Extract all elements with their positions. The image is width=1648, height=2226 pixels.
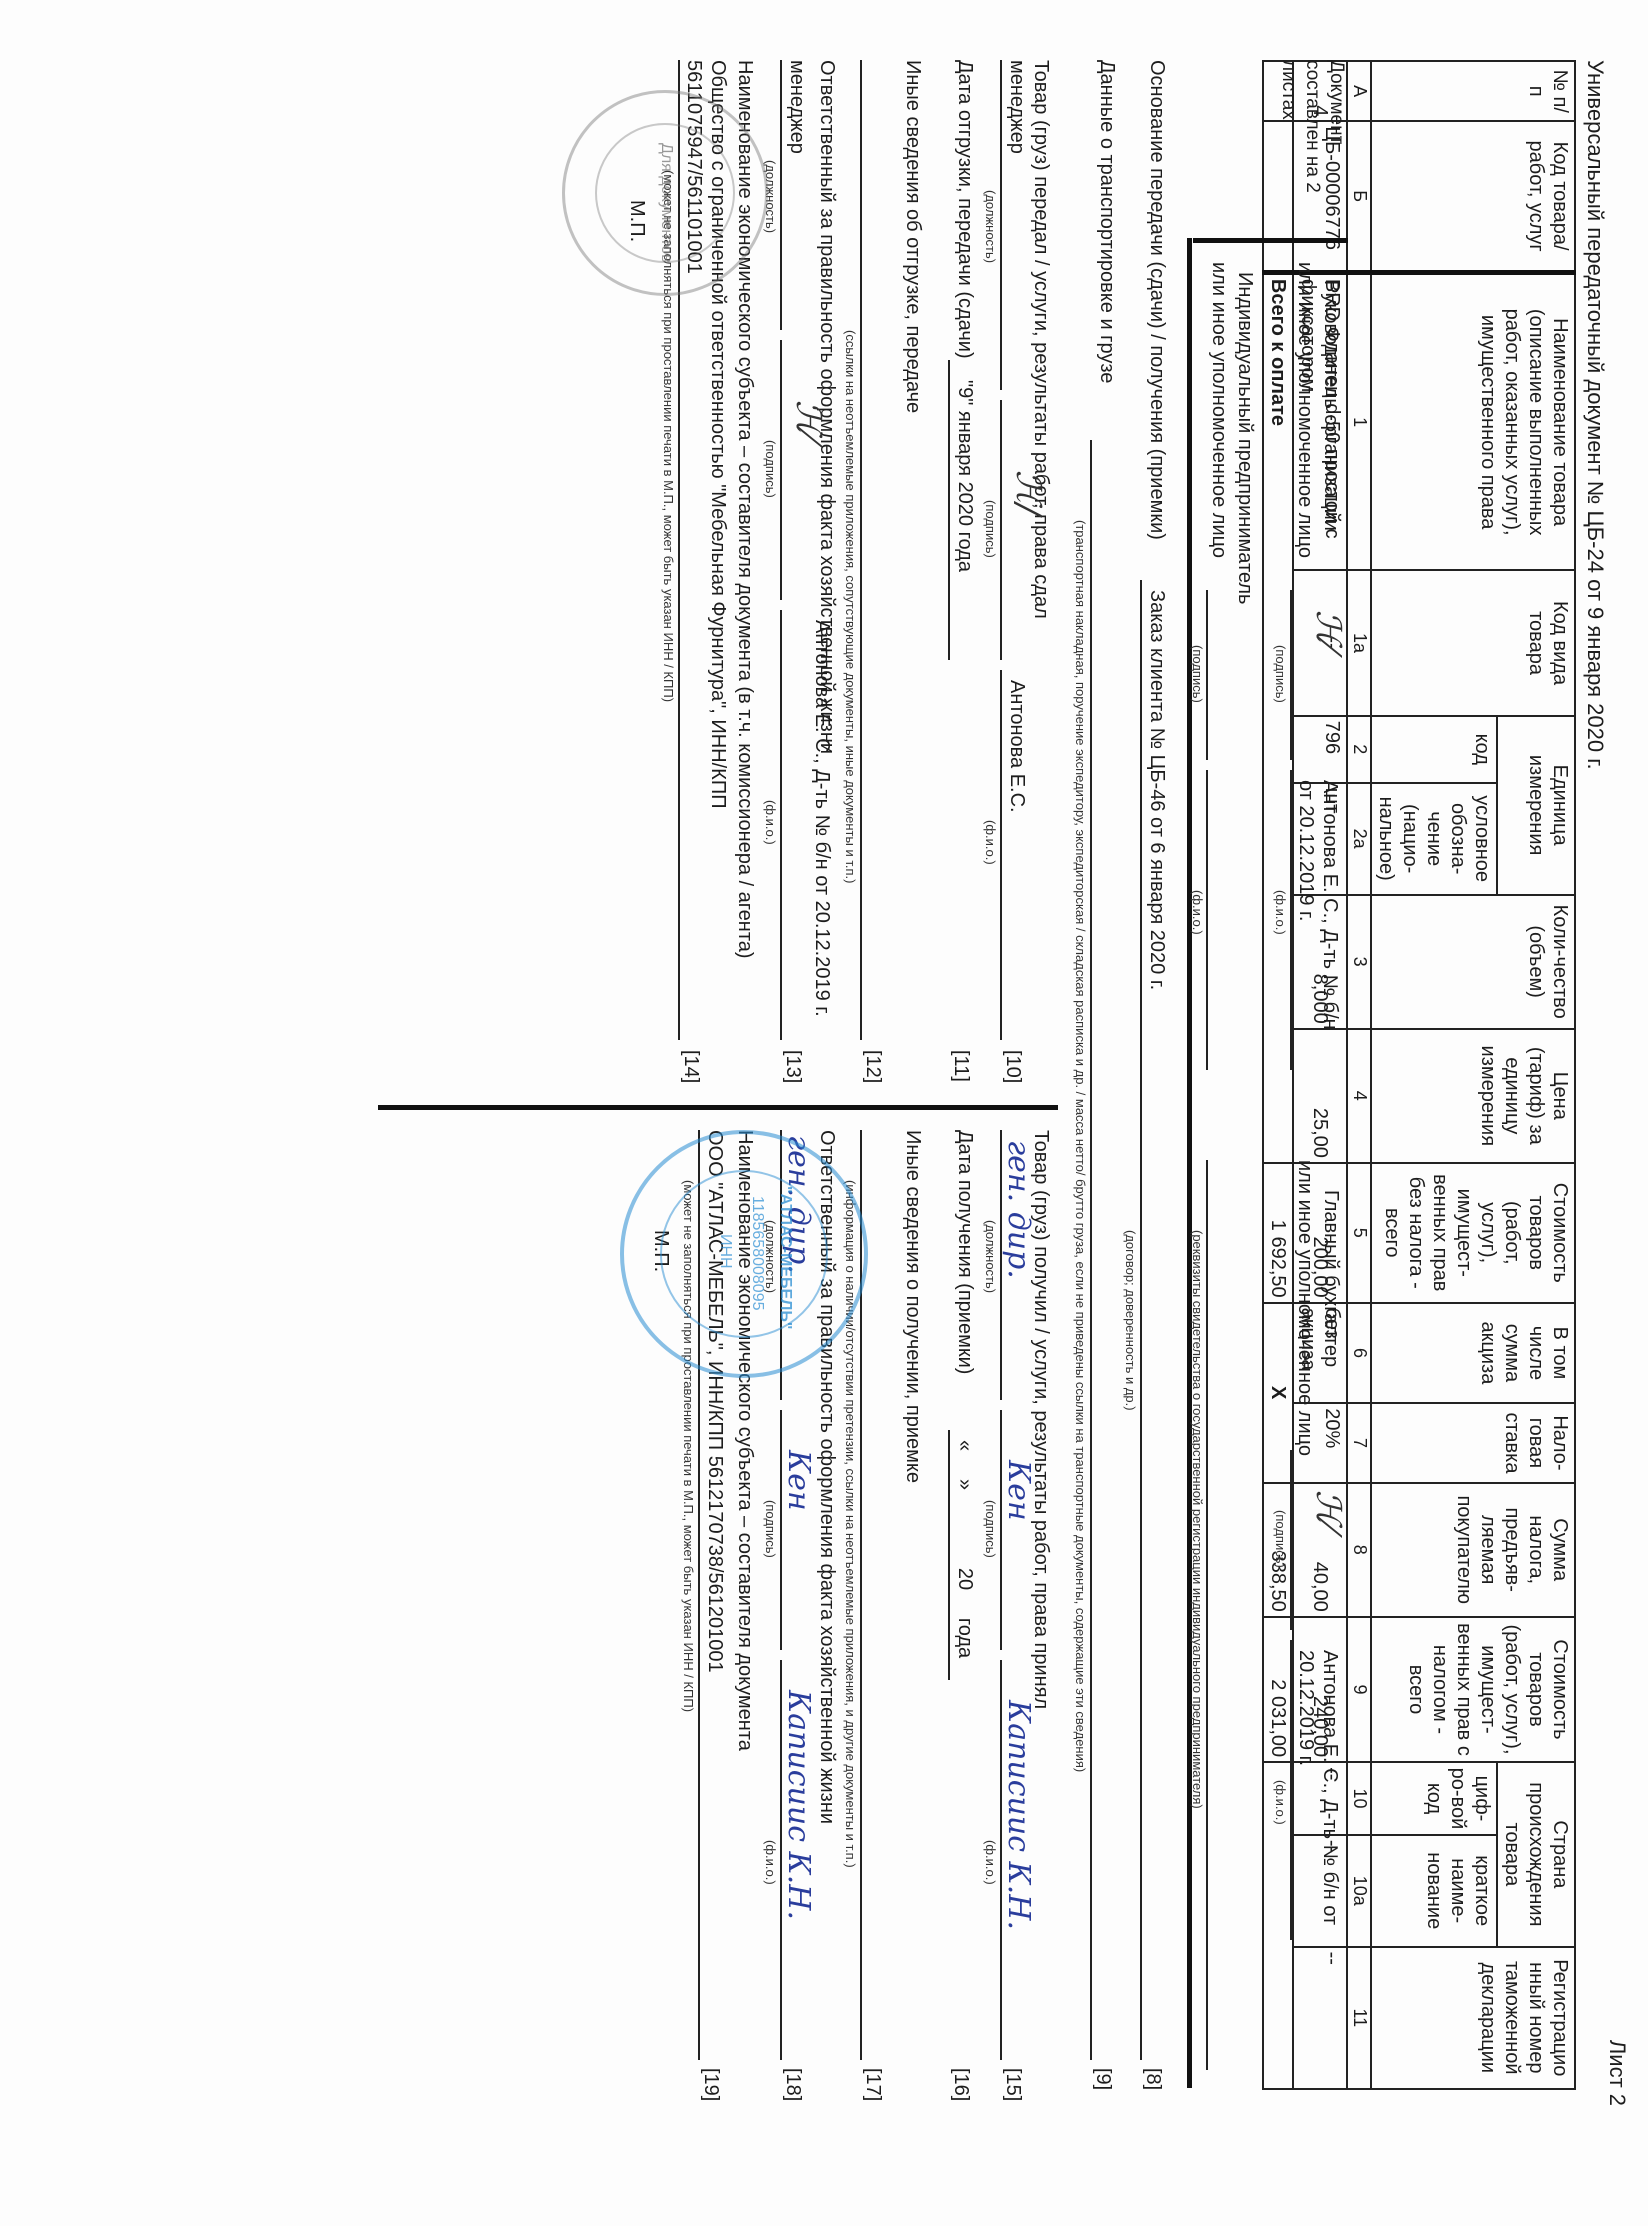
ship-date-value: "9" января 2020 года	[953, 380, 976, 572]
buyer-received-name: Каписиис К.Н.	[1001, 1700, 1036, 1930]
seller-handed-label: Товар (груз) передал / услуги, результат…	[1029, 60, 1052, 619]
basis-caption: (договор; доверенность и др.)	[1123, 1230, 1138, 1411]
accountant-label-2: или иное уполномоченное лицо	[1293, 1160, 1316, 1456]
accountant-fio-line	[1290, 1640, 1292, 1940]
head-signature-line	[1290, 590, 1292, 760]
buyer-position-line	[1000, 1130, 1002, 1400]
total-label: Всего к оплате	[1263, 272, 1293, 1163]
seller-signature-caption: (подпись)	[983, 500, 998, 558]
index-cell: 3	[1347, 895, 1371, 1029]
receive-date-line	[948, 1430, 950, 1680]
index-cell: 2	[1347, 716, 1371, 783]
ship-date-ref: [11]	[949, 1050, 972, 1082]
buyer-stamp-ogrn: 1185658008095	[748, 1196, 766, 1311]
buyer-signature-caption: (подпись)	[983, 1500, 998, 1558]
seller-resp-signature-line	[780, 340, 782, 600]
seller-responsible-name: Антонова Е. С., Д-ть № б/н от 20.12.2019…	[810, 620, 834, 1030]
frame-divider	[1193, 238, 1348, 243]
ship-date-line	[948, 360, 950, 660]
seller-resp-position-line	[780, 60, 782, 330]
header-col-1: Наименование товара (описание выполненны…	[1371, 272, 1575, 570]
header-col-4: Цена (тариф) за единицу измерения	[1371, 1029, 1575, 1163]
head-fio-caption: (ф.и.о.)	[1273, 890, 1288, 935]
buyer-fio-caption: (ф.и.о.)	[983, 1840, 998, 1885]
buyer-received-ref: [15]	[1001, 2068, 1024, 2101]
index-cell: 5	[1347, 1163, 1371, 1303]
buyer-other-label: Иные сведения о получении, приемке	[901, 1130, 924, 1483]
receive-date-label: Дата получения (приемки)	[953, 1130, 976, 1374]
header-col-9: Стоимость товаров (работ, услуг), имущес…	[1371, 1617, 1575, 1762]
total-amount-no-tax: 1 692,50	[1263, 1163, 1293, 1303]
seller-signature-line	[1000, 400, 1002, 660]
index-cell: 10а	[1347, 1835, 1371, 1947]
basis-value: Заказ клиента № ЦБ-46 от 6 января 2020 г…	[1145, 590, 1168, 990]
buyer-resp-fio-caption: (ф.и.о.)	[763, 1840, 778, 1885]
total-excise: X	[1263, 1303, 1293, 1483]
accountant-name: Антонова Е. С., Д-ть № б/н от 20.12.2019…	[1294, 1650, 1342, 1940]
index-cell: 4	[1347, 1029, 1371, 1163]
index-cell: Б	[1347, 121, 1371, 272]
head-fio-line	[1290, 770, 1292, 1070]
seller-other-label: Иные сведения об отгрузке, передаче	[901, 60, 924, 413]
seller-entity-ref: [14]	[679, 1050, 702, 1083]
seller-fio-line	[1000, 670, 1002, 1040]
stamp-inner-ring	[660, 1170, 828, 1338]
transport-label: Данные о транспортировке и грузе	[1095, 60, 1118, 383]
buyer-responsible-ref: [18]	[781, 2068, 804, 2101]
buyer-stamp-name: "АТЛАС-МЕБЕЛЬ"	[776, 1186, 794, 1329]
seller-other-ref: [12]	[861, 1050, 884, 1083]
header-col-10: циф-ро-вой код	[1371, 1762, 1497, 1835]
seller-handed-position: менеджер	[1005, 60, 1028, 154]
ship-date-label: Дата отгрузки, передачи (сдачи)	[953, 60, 976, 359]
header-col-1a: Код вида товара	[1371, 570, 1575, 715]
buyer-position-caption: (должность)	[983, 1220, 998, 1293]
header-col-8: Сумма налога, предъяв-ляемая покупателю	[1371, 1483, 1575, 1617]
basis-label: Основание передачи (сдачи) / получения (…	[1145, 60, 1168, 540]
index-cell: 7	[1347, 1403, 1371, 1482]
header-col-6: В том числе сумма акциза	[1371, 1303, 1575, 1404]
total-amount-with-tax: 2 031,00	[1263, 1617, 1293, 1762]
head-label-2: или иное уполномоченное лицо	[1293, 262, 1316, 558]
ip-signature-line	[1206, 590, 1208, 760]
transport-line	[1090, 440, 1092, 2060]
ip-requisites-caption: (реквизиты свидетельства о государственн…	[1190, 1230, 1205, 1809]
basis-ref: [8]	[1141, 2068, 1164, 2090]
seller-handed-ref: [10]	[1001, 1050, 1024, 1083]
buyer-responsible-signature: Кен	[781, 1450, 816, 1511]
seller-other-caption: (ссылки на неотъемлемые приложения, сопу…	[843, 330, 858, 883]
seller-stamp: Для документов	[562, 90, 768, 296]
header-col-2: код	[1371, 716, 1497, 783]
accountant-label: Главный бухгалтер	[1319, 1190, 1342, 1367]
buyer-received-position: ген. дир.	[1001, 1140, 1036, 1279]
pages-note: Документ составлен на 2 листах	[1277, 60, 1348, 210]
basis-line	[1140, 580, 1142, 2060]
buyer-stamp-inn: ИНН	[716, 1234, 734, 1269]
accountant-signature-caption: (подпись)	[1273, 1510, 1288, 1568]
seller-handed-name: Антонова Е.С.	[1005, 680, 1028, 813]
header-country-group: Страна происхождения товара	[1497, 1762, 1575, 1946]
seller-position-line	[1000, 60, 1002, 390]
head-label: Руководитель организации	[1319, 280, 1342, 531]
transport-caption: (транспортная накладная, поручение экспе…	[1073, 520, 1088, 1772]
seller-stamp-text: Для документов	[657, 143, 675, 263]
buyer-resp-fio-line	[780, 1660, 782, 2060]
header-col-10a: краткое наиме-нование	[1371, 1835, 1497, 1947]
row-unit-code: 796	[1293, 716, 1347, 783]
ip-label-2: или иное уполномоченное лицо	[1207, 262, 1230, 558]
header-col-11: Регистрацио нный номер таможенной деклар…	[1371, 1947, 1575, 2089]
seller-responsible-position: менеджер	[785, 60, 808, 154]
column-index-row: А Б 1 1а 2 2а 3 4 5 6 7 8 9 10 10а 11	[1347, 61, 1371, 2089]
header-col-a: № п/п	[1371, 61, 1575, 121]
seller-buyer-divider	[378, 1105, 1058, 1110]
index-cell: 1а	[1347, 570, 1371, 715]
index-cell: 11	[1347, 1947, 1371, 2089]
head-name: Антонова Е. С., Д-ть № б/н от 20.12.2019…	[1294, 780, 1342, 1050]
transport-ref: [9]	[1091, 2068, 1114, 2090]
ip-signature-caption: (подпись)	[1190, 645, 1205, 703]
ip-fio-line	[1206, 770, 1208, 1070]
buyer-stamp: "АТЛАС-МЕБЕЛЬ" 1185658008095 ИНН	[620, 1130, 868, 1378]
index-cell: 8	[1347, 1483, 1371, 1617]
document-title: Универсальный передаточный документ № ЦБ…	[1582, 60, 1608, 770]
index-cell: 9	[1347, 1617, 1371, 1762]
upd-sheet: Универсальный передаточный документ № ЦБ…	[0, 0, 1648, 2226]
seller-resp-fio-caption: (ф.и.о.)	[763, 800, 778, 845]
row-customs-decl: --	[1293, 1947, 1347, 2089]
receive-date-value[interactable]: « » 20 года	[953, 1440, 976, 1658]
index-cell: 2а	[1347, 783, 1371, 895]
accountant-signature-line	[1290, 1450, 1292, 1630]
buyer-received-signature: Кен	[1001, 1460, 1036, 1521]
ip-fio-caption: (ф.и.о.)	[1190, 890, 1205, 935]
ip-label: Индивидуальный предприниматель	[1233, 272, 1256, 604]
head-signature-caption: (подпись)	[1273, 645, 1288, 703]
buyer-resp-signature-line	[780, 1410, 782, 1650]
buyer-responsible-name: Каписиис К.Н.	[781, 1690, 816, 1920]
header-col-b: Код товара/ работ, услуг	[1371, 121, 1575, 272]
seller-signature: ℋ/	[1008, 470, 1048, 515]
ip-requisites-line	[1206, 1160, 1208, 2070]
frame-divider	[1187, 238, 1192, 2088]
buyer-resp-signature-caption: (подпись)	[763, 1500, 778, 1558]
buyer-other-ref: [17]	[861, 2068, 884, 2101]
seller-other-line	[860, 60, 862, 1040]
table-header-row: № п/п Код товара/ работ, услуг Наименова…	[1497, 61, 1575, 2089]
seller-position-caption: (должность)	[983, 190, 998, 263]
index-cell: 10	[1347, 1762, 1371, 1835]
accountant-fio-caption: (ф.и.о.)	[1273, 1780, 1288, 1825]
header-unit-group: Единица измерения	[1497, 716, 1575, 895]
index-cell: 6	[1347, 1303, 1371, 1404]
sheet-number: Лист 2	[1604, 2040, 1630, 2106]
header-col-7: Нало-говая ставка	[1371, 1403, 1575, 1482]
buyer-entity-ref: [19]	[699, 2068, 722, 2101]
seller-resp-fio-line	[780, 610, 782, 1040]
index-cell: 1	[1347, 272, 1371, 570]
buyer-fio-line	[1000, 1660, 1002, 2060]
index-cell: А	[1347, 61, 1371, 121]
seller-resp-signature-caption: (подпись)	[763, 440, 778, 498]
accountant-signature: ℋ⁄	[1308, 1490, 1348, 1529]
seller-responsible-ref: [13]	[781, 1050, 804, 1083]
header-col-2a: условное обозна-чение (нацио-нальное)	[1371, 783, 1497, 895]
seller-fio-caption: (ф.и.о.)	[983, 820, 998, 865]
receive-date-ref: [16]	[949, 2068, 972, 2101]
header-col-5: Стоимость товаров (работ, услуг), имущес…	[1371, 1163, 1575, 1303]
head-signature: ℋ⁄	[1308, 610, 1348, 649]
header-col-3: Коли-чество (объем)	[1371, 895, 1575, 1029]
seller-responsible-signature: ℋ⁄	[788, 400, 828, 439]
buyer-signature-line	[1000, 1410, 1002, 1650]
